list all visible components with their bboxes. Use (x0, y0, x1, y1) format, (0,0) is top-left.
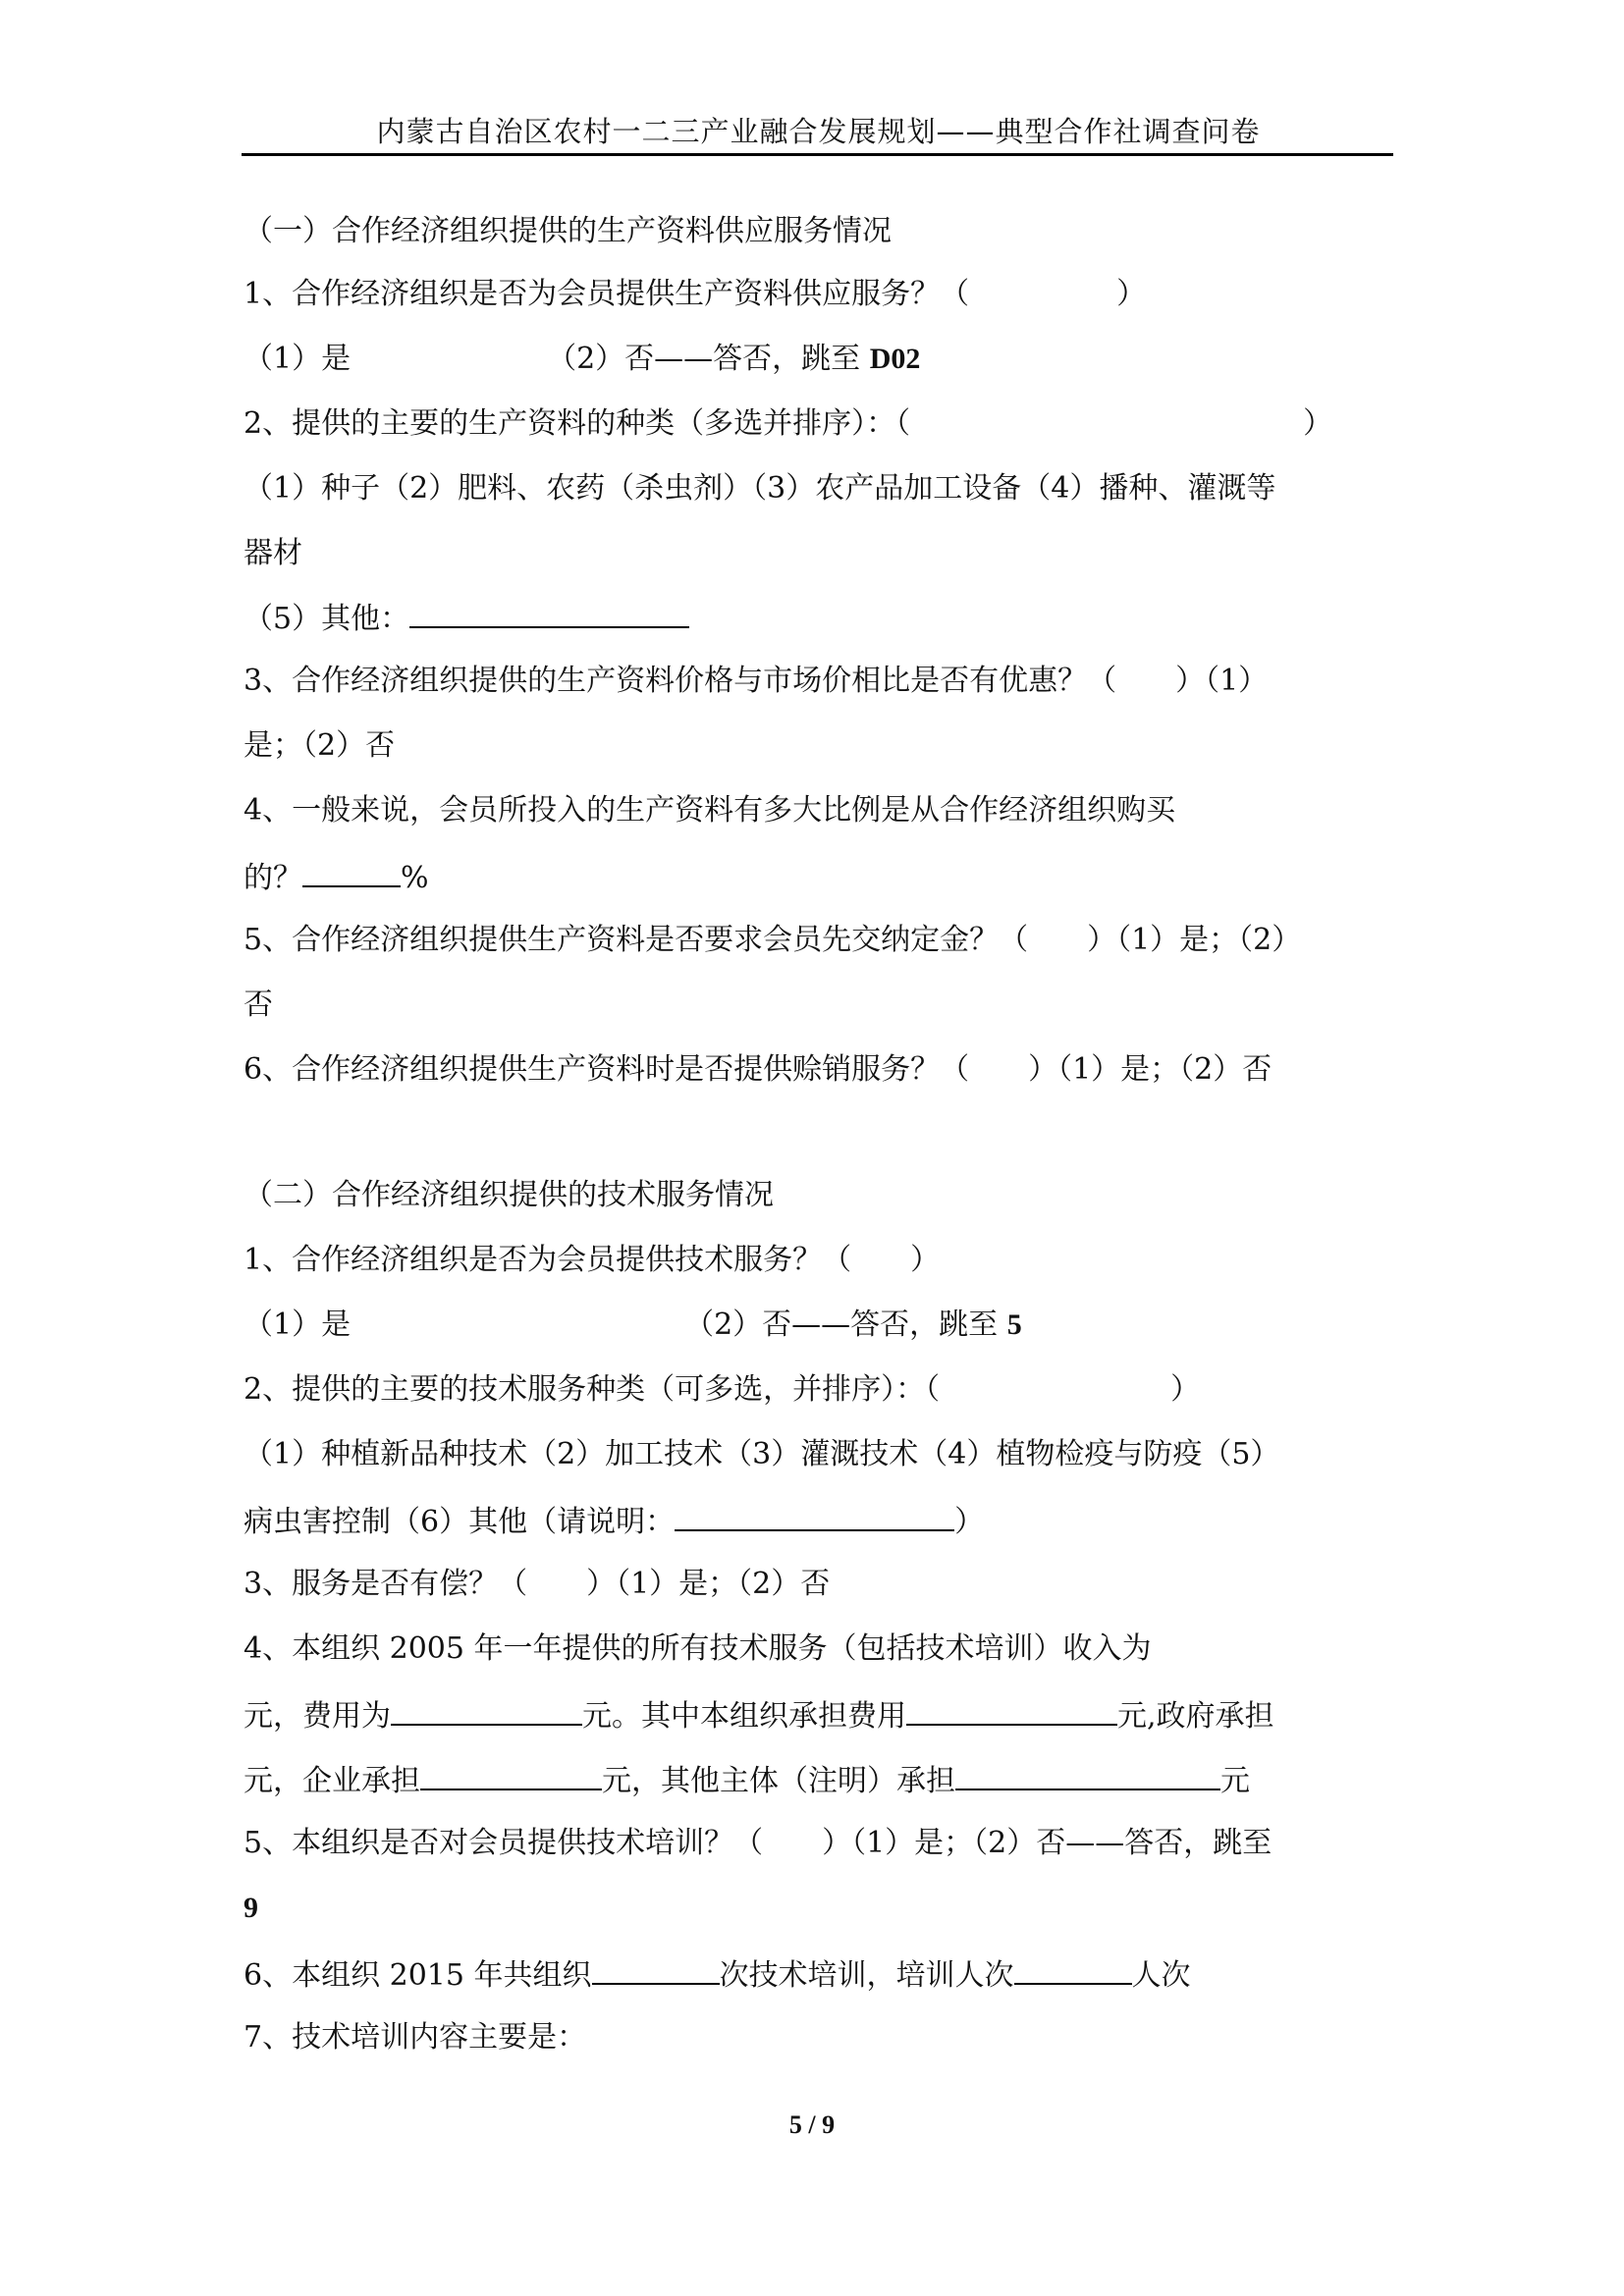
s1-q2-options-line2: 器材 (244, 534, 1392, 573)
s1-q2-other-input[interactable] (409, 597, 689, 628)
s1-q2-other: （5）其他： (244, 597, 1392, 639)
s2-q4-own-cost-input[interactable] (906, 1694, 1117, 1726)
document-header-title: 内蒙古自治区农村一二三产业融合发展规划——典型合作社调查问卷 (245, 110, 1391, 150)
s2-q2: 2、提供的主要的技术服务种类（可多选，并排序）：（） (244, 1370, 1392, 1410)
s1-q2-options-line1: （1）种子（2）肥料、农药（杀虫剂）（3）农产品加工设备（4）播种、灌溉等 (244, 469, 1392, 508)
s2-q1-options: （1）是（2）否——答否，跳至 5 (244, 1306, 1392, 1345)
s2-q4-line3: 元，企业承担元，其他主体（注明）承担元 (244, 1759, 1392, 1801)
s2-q5-line2: 9 (244, 1889, 1392, 1928)
s2-q2-other-input[interactable] (675, 1500, 954, 1531)
s2-q2-text: 2、提供的主要的技术服务种类（可多选，并排序）：（ (244, 1372, 940, 1407)
s2-q4-other-input[interactable] (955, 1759, 1220, 1790)
s2-q6: 6、本组织 2015 年共组织次技术培训，培训人次人次 (244, 1953, 1392, 1996)
s2-q2-other-label: 病虫害控制（6）其他（请说明： (244, 1505, 675, 1539)
s1-q1-jump-target: D02 (870, 343, 921, 375)
s2-q4-line2: 元，费用为元。其中本组织承担费用元,政府承担 (244, 1694, 1392, 1736)
section-1-title: （一）合作经济组织提供的生产资料供应服务情况 (244, 212, 1392, 251)
s2-q4-label-enterprise: 元，企业承担 (244, 1764, 420, 1798)
s2-q4-label-gov: 元,政府承担 (1117, 1699, 1274, 1734)
s2-q6-label-unit: 人次 (1132, 1958, 1191, 1993)
s1-q1-opt2: （2）否——答否，跳至 (547, 342, 870, 376)
s1-q1-text: 1、合作经济组织是否为会员提供生产资料供应服务？（ (244, 277, 969, 311)
s2-q2-other-close: ） (954, 1505, 984, 1539)
s1-q4-line2: 的？% (244, 856, 1392, 898)
s1-q4-line2-pre: 的？ (244, 861, 302, 895)
s2-q1-opt2: （2）否——答否，跳至 (684, 1308, 1007, 1342)
s1-q5-line2: 否 (244, 986, 1392, 1025)
section-2-title: （二）合作经济组织提供的技术服务情况 (244, 1176, 1392, 1215)
s2-q1-jump-target: 5 (1007, 1308, 1022, 1341)
s1-q3-line1: 3、合作经济组织提供的生产资料价格与市场价相比是否有优惠？（ ）（1） (244, 662, 1392, 701)
page-number: 5 / 9 (0, 2110, 1624, 2140)
s2-q2-options-line1: （1）种植新品种技术（2）加工技术（3）灌溉技术（4）植物检疫与防疫（5） (244, 1435, 1392, 1474)
s2-q4-label-own: 元。其中本组织承担费用 (582, 1699, 906, 1734)
s2-q6-sessions-input[interactable] (592, 1953, 720, 1985)
s2-q4-label-cost: 元，费用为 (244, 1699, 391, 1734)
s2-q4-enterprise-input[interactable] (420, 1759, 602, 1790)
s1-q2-close: ） (1303, 406, 1332, 441)
s2-q2-options-line2: 病虫害控制（6）其他（请说明：） (244, 1500, 1392, 1542)
s1-q1-opt1: （1）是 (244, 342, 351, 376)
s2-q7: 7、技术培训内容主要是： (244, 2018, 1392, 2057)
s1-q5-line1: 5、合作经济组织提供生产资料是否要求会员先交纳定金？（ ）（1）是；（2） (244, 921, 1392, 960)
s2-q1: 1、合作经济组织是否为会员提供技术服务？（ ） (244, 1241, 1392, 1280)
s2-q2-close: ） (1170, 1372, 1200, 1407)
s2-q5-line1: 5、本组织是否对会员提供技术培训？（ ）（1）是；（2）否——答否，跳至 (244, 1824, 1392, 1863)
s2-q4-label-yuan: 元 (1220, 1764, 1250, 1798)
s2-q1-opt1: （1）是 (244, 1308, 351, 1342)
s1-q4-percent-input[interactable] (302, 856, 401, 887)
s2-q6-label-sessions: 6、本组织 2015 年共组织 (244, 1958, 592, 1993)
s2-q3: 3、服务是否有偿？（ ）（1）是；（2）否 (244, 1565, 1392, 1604)
s1-q4-percent-sign: % (401, 861, 429, 895)
s1-q1-close: ） (1116, 277, 1146, 311)
s1-q3-line2: 是；（2）否 (244, 726, 1392, 766)
s2-q4-cost-input[interactable] (391, 1694, 582, 1726)
s1-q6: 6、合作经济组织提供生产资料时是否提供赊销服务？（ ）（1）是；（2）否 (244, 1050, 1392, 1090)
s1-q2-text: 2、提供的主要的生产资料的种类（多选并排序）：（ (244, 406, 910, 441)
s2-q4-line1: 4、本组织 2005 年一年提供的所有技术服务（包括技术培训）收入为 (244, 1629, 1392, 1669)
s2-q6-label-persons: 次技术培训，培训人次 (720, 1958, 1014, 1993)
s1-q1: 1、合作经济组织是否为会员提供生产资料供应服务？（） (244, 275, 1392, 314)
s1-q2: 2、提供的主要的生产资料的种类（多选并排序）：（） (244, 404, 1392, 444)
s1-q4-line1: 4、一般来说，会员所投入的生产资料有多大比例是从合作经济组织购买 (244, 791, 1392, 830)
s2-q6-persons-input[interactable] (1014, 1953, 1132, 1985)
s1-q2-other-label: （5）其他： (244, 602, 409, 636)
header-divider (242, 153, 1393, 156)
s2-q4-label-other: 元，其他主体（注明）承担 (602, 1764, 955, 1798)
s1-q1-options: （1）是（2）否——答否，跳至 D02 (244, 340, 1392, 379)
